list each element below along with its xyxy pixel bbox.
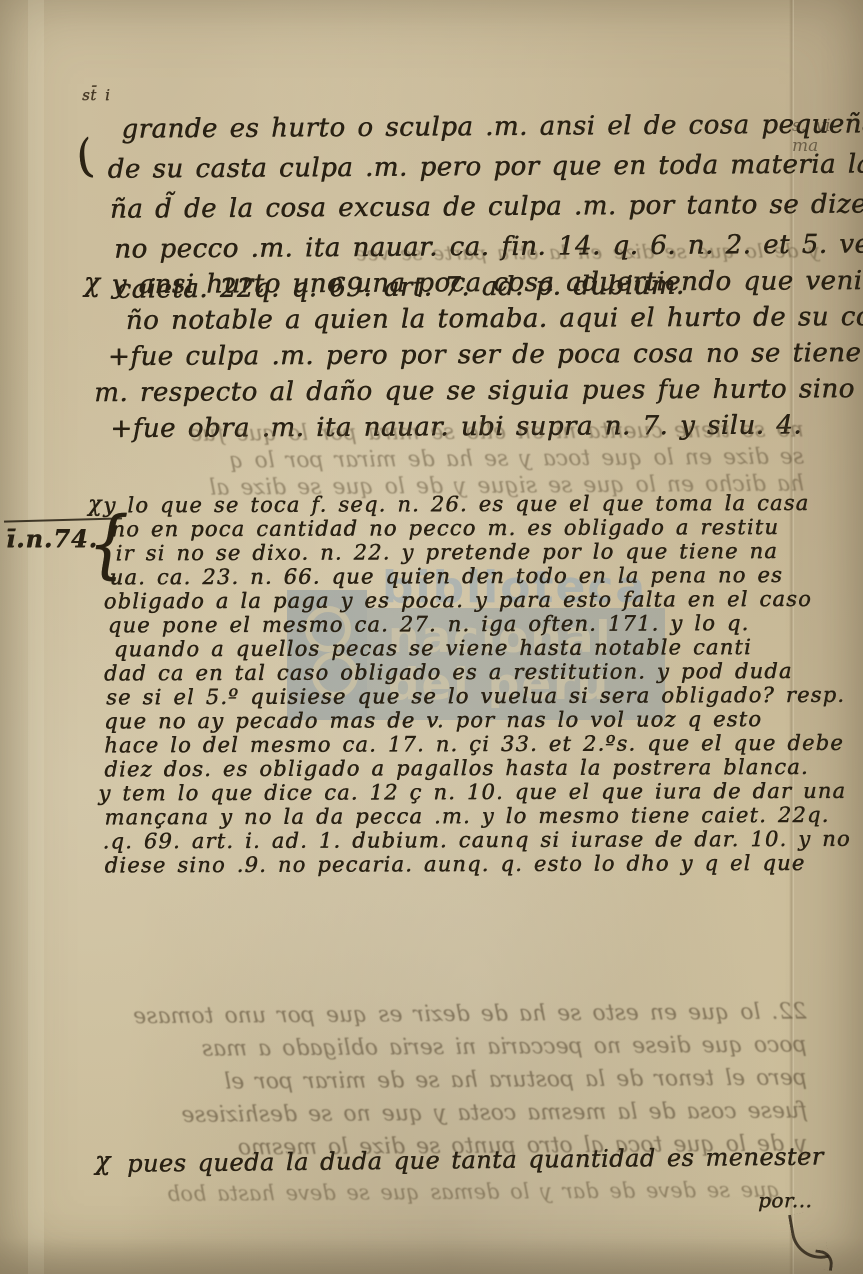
paper-streak <box>28 0 44 1274</box>
bleedthrough-line: fuese cosa de la mesma costa y que no se… <box>95 1099 807 1137</box>
bleedthrough-line: pero el tenor de la postura ha se de mir… <box>95 1066 807 1104</box>
manuscript-line: y lo que se toca f. seq. n. 26. es que e… <box>103 491 829 518</box>
catchword: por... <box>758 1188 812 1212</box>
bleedthrough-line: poco que diese no peccaria ni seria obli… <box>95 1033 807 1071</box>
manuscript-line: diese sino .9. no pecaria. aunq. q. esto… <box>105 851 831 878</box>
ink-swash: ( <box>69 131 102 185</box>
manuscript-line: ua. ca. 23. n. 66. que quien den todo en… <box>110 563 830 590</box>
bleedthrough-line: 22. lo que en esto se ha de dezir es que… <box>94 1000 806 1038</box>
manuscript-line: .q. 69. art. i. ad. 1. dubium. caunq si … <box>103 827 831 854</box>
manuscript-line: hace lo del mesmo ca. 17. n. çi 33. et 2… <box>104 731 830 758</box>
manuscript-line: ña d̃ de la cosa excusa de culpa .m. por… <box>110 190 828 235</box>
manuscript-line: dad ca en tal caso obligado es a restitu… <box>104 659 830 686</box>
manuscript-line: diez dos. es obligado a pagallos hasta l… <box>104 755 830 782</box>
manuscript-line: de su casta culpa .m. pero por que en to… <box>108 150 828 195</box>
manuscript-line: que pone el mesmo ca. 27. n. iga often. … <box>108 611 830 638</box>
manuscript-line: y tem lo que dice ca. 12 ç n. 10. que el… <box>98 779 830 806</box>
manuscript-line: +fue culpa .m. pero por ser de poca cosa… <box>108 338 828 378</box>
manuscript-line: quando a quellos pecas se viene hasta no… <box>114 635 830 661</box>
bottom-note: pues queda la duda que tanta quantidad e… <box>127 1142 819 1177</box>
paragraph-marker: χ <box>84 268 100 298</box>
manuscript-line: y ansi hurto uno una poca cosa aduertien… <box>112 266 828 306</box>
bleedthrough-line: que se deve de dar y lo demas que se dev… <box>120 1178 780 1207</box>
manuscript-line: pues queda la duda que tanta quantidad e… <box>127 1142 819 1177</box>
manuscript-line: mançana y no la da pecca .m. y lo mesmo … <box>104 803 830 830</box>
bottom-edge-shadow <box>0 1238 863 1274</box>
manuscript-line: grande es hurto o sculpa .m. ansi el de … <box>121 110 827 155</box>
manuscript-line: ir si no se dixo. n. 22. y pretende por … <box>115 539 829 565</box>
margin-note: ī.n.74. <box>6 524 98 553</box>
manuscript-line: m. respecto al daño que se siguia pues f… <box>94 374 828 414</box>
manuscript-line: no en poca cantidad no pecco m. es oblig… <box>111 515 829 542</box>
paragraph-3: y lo que se toca f. seq. n. 26. es que e… <box>103 491 830 878</box>
corner-annotation: st̄ i <box>82 86 110 104</box>
manuscript-line: se si el 5.º quisiese que se lo vuelua s… <box>106 683 830 710</box>
manuscript-line: que no ay pecado mas de v. por nas lo vo… <box>104 707 830 734</box>
manuscript-line: obligado a la paga y es poca. y para est… <box>104 587 830 614</box>
manuscript-page: st̄ i y de lo que se dize en la otra par… <box>0 0 863 1274</box>
paragraph-marker: χ <box>95 1146 111 1175</box>
edge-bleed-snippet: s. vi ma <box>792 116 862 156</box>
manuscript-line: ño notable a quien la tomaba. aqui el hu… <box>126 302 828 342</box>
